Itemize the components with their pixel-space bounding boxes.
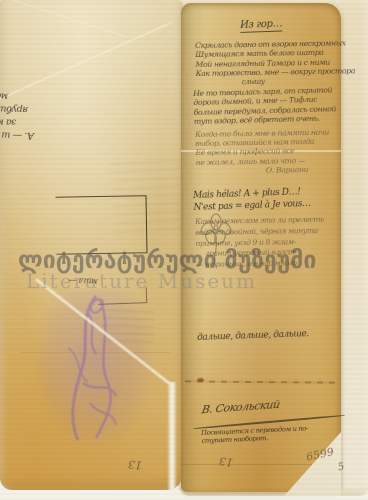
- page-number-right: 13: [218, 454, 234, 469]
- inverted-line: мало тужить: [0, 87, 9, 102]
- photo-frame: А. — ш за курсай — ярубщего спас мало ту…: [0, 0, 368, 500]
- footnote: Посвящается с переводом и по- ступает на…: [201, 424, 308, 445]
- signature: В. Сокольский: [201, 398, 281, 417]
- fold-crease-dark: [185, 380, 335, 383]
- hw-line: войдёт двойной, чёрная минута: [195, 226, 324, 239]
- stanza-1: Скрылась давно от взоров нескромных Шумя…: [195, 38, 355, 88]
- refrain-line: дальше, дальше, дальше.: [197, 329, 309, 343]
- stanza-3: Когда-то было мне в памяти ночи выбор, о…: [195, 128, 330, 176]
- french-note: Mais hélas! A + plus D…! N'est pas = ega…: [193, 187, 311, 214]
- seam-gap: [167, 382, 177, 492]
- manuscript-title: Из гор…: [181, 16, 341, 33]
- inverted-line: за курсай —: [0, 113, 16, 128]
- left-page: А. — ш за курсай — ярубщего спас мало ту…: [0, 0, 183, 490]
- watermark-english: Literature Museum: [26, 269, 257, 293]
- purple-ink-sketch: [38, 288, 153, 448]
- stanza-signoff: О. Вариани: [266, 164, 330, 174]
- rust-spot: [197, 378, 204, 382]
- inverted-note-block: А. — ш за курсай — ярубщего спас мало ту…: [0, 29, 36, 142]
- inverted-line: А. — ш: [0, 126, 34, 142]
- inverted-line: ярубщего спас: [0, 100, 29, 115]
- manuscript-title-text: Из гор…: [240, 18, 282, 32]
- page-number-left: 13: [127, 457, 142, 471]
- stanza-2: Не то творилась заря, от скрытой дороги …: [193, 85, 336, 126]
